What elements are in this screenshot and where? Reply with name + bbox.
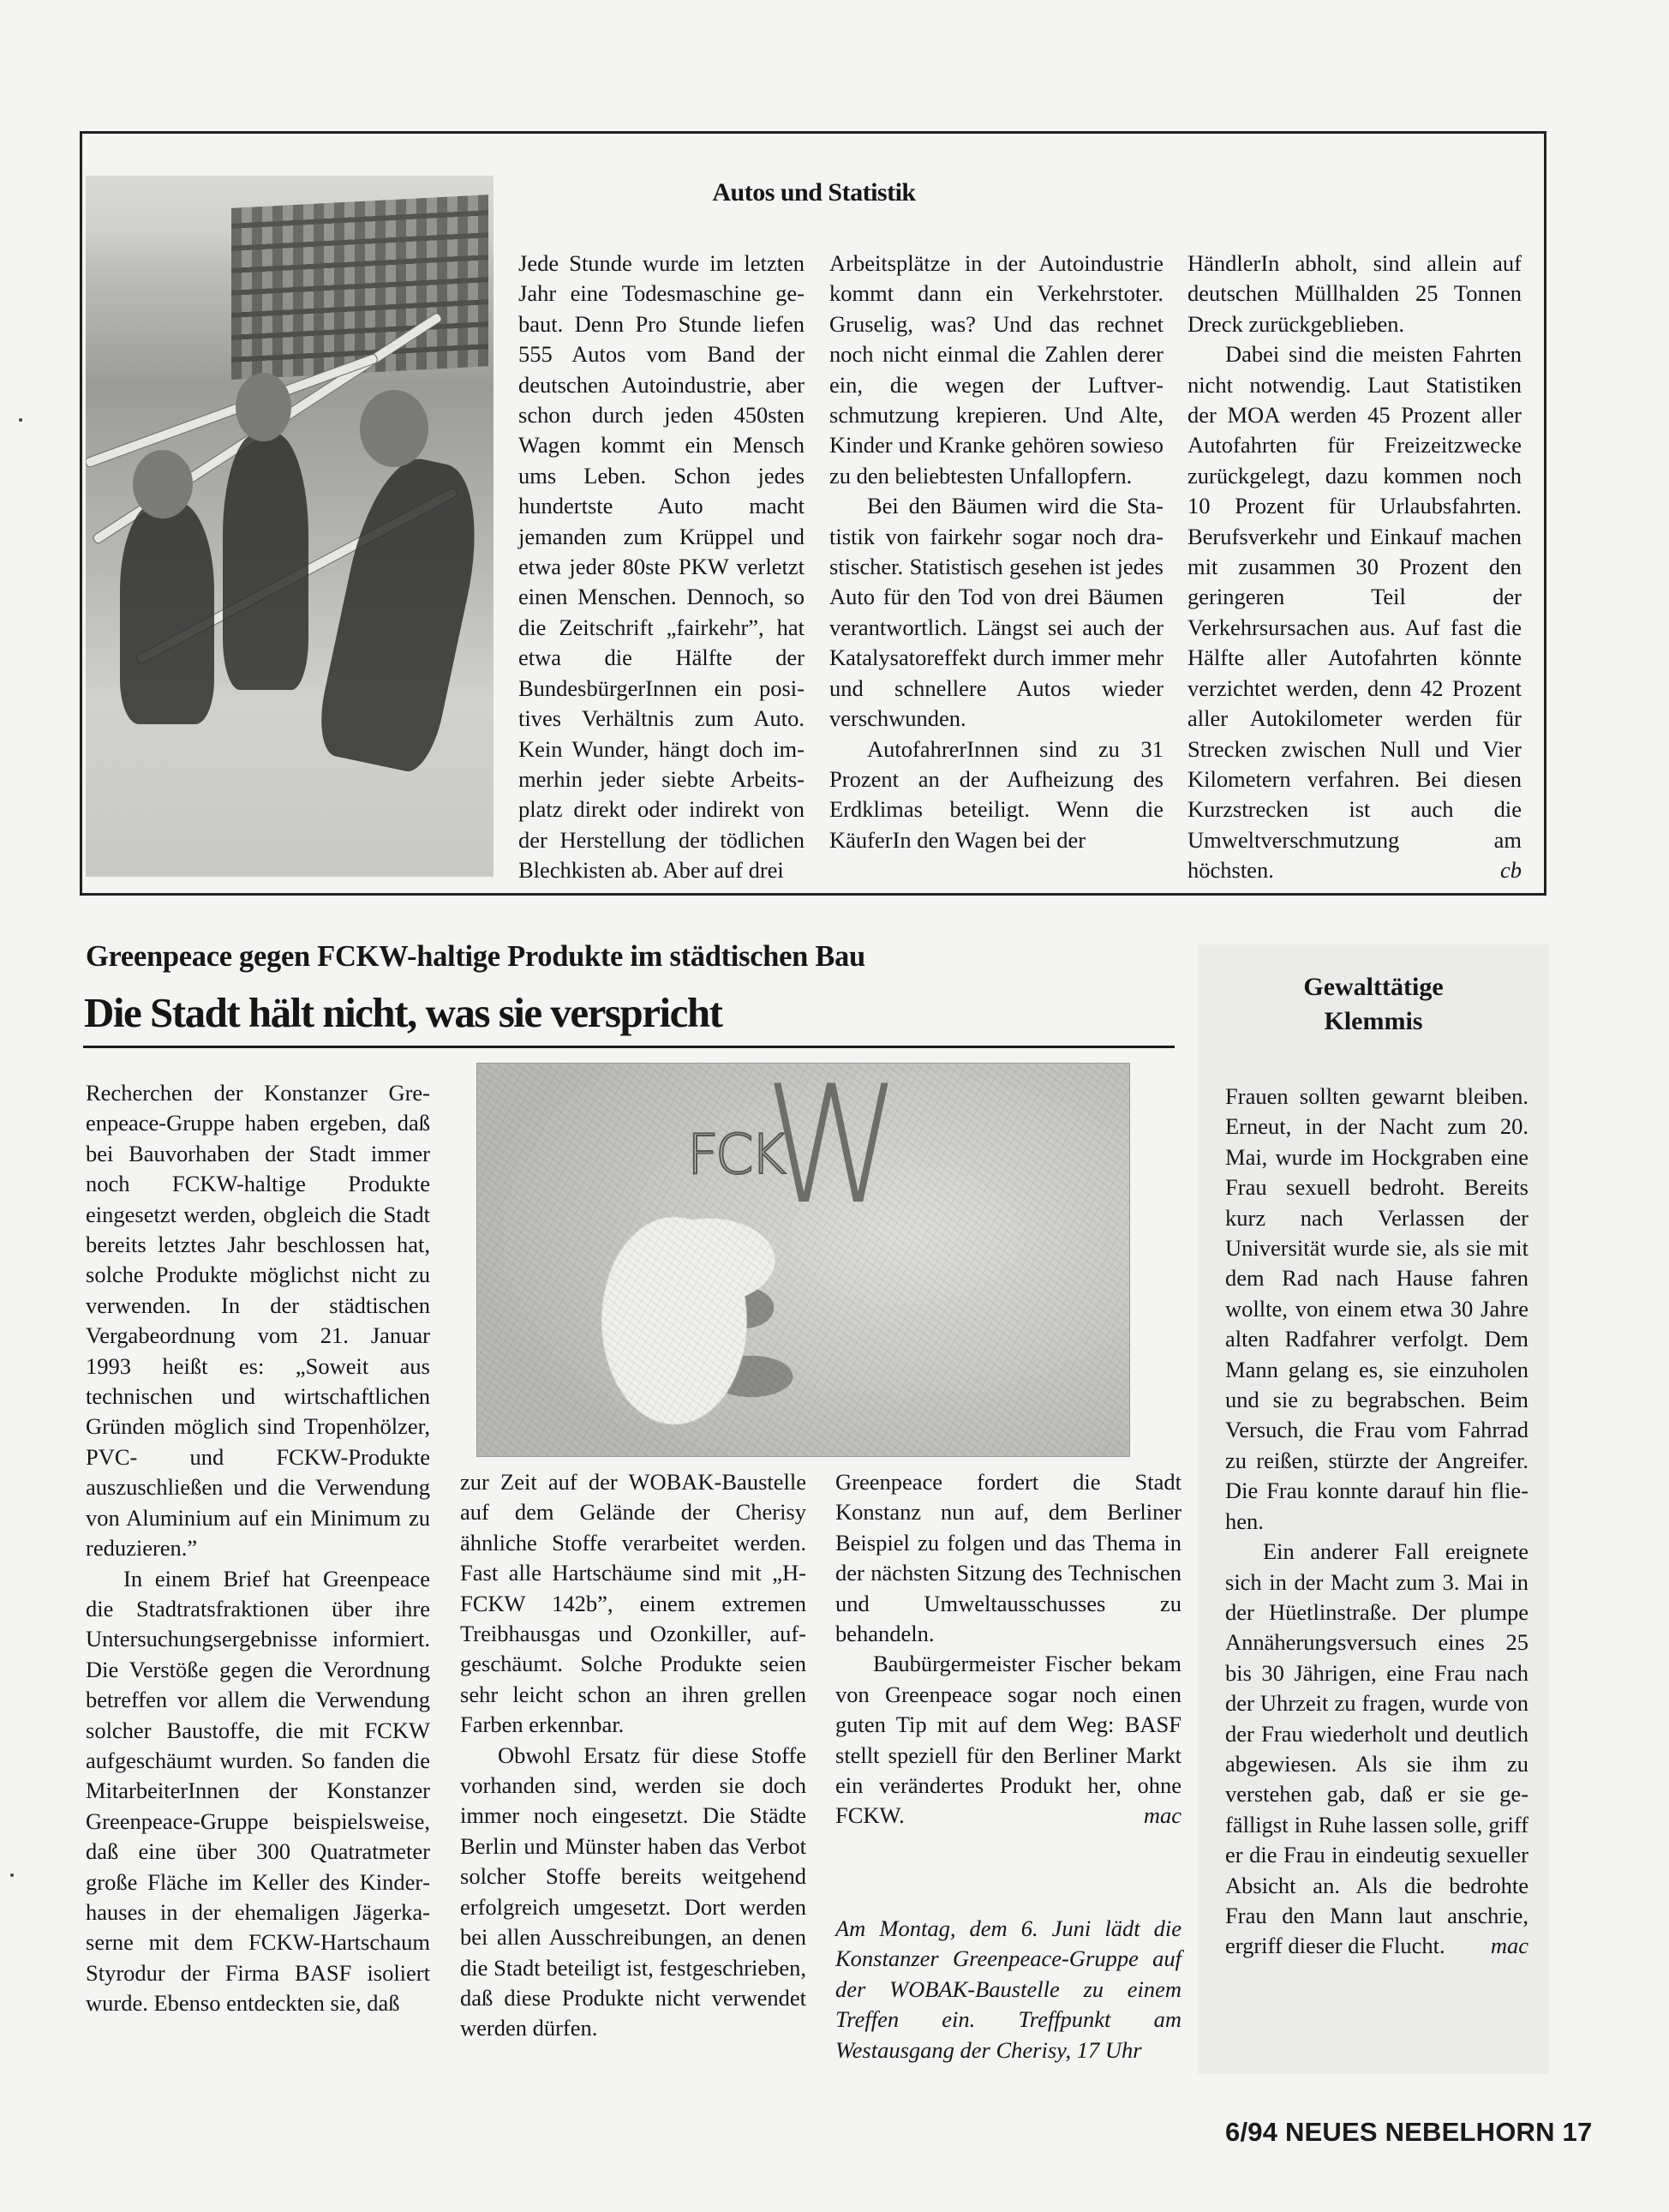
article-column-1: Recherchen der Konstanzer Gre­enpeace-Gr… (86, 1078, 430, 2019)
paragraph: Frauen sollten gewarnt blei­ben. Erneut,… (1225, 1082, 1528, 1537)
article-column-2: Arbeitsplätze in der Autoindu­strie komm… (829, 249, 1164, 855)
paragraph: Dabei sind die meisten Fahr­ten nicht no… (1187, 339, 1522, 885)
headline-rule (83, 1046, 1175, 1048)
paragraph: Greenpeace fordert die Stadt Konstanz nu… (835, 1467, 1181, 1649)
person-head (133, 450, 193, 519)
scan-speck (10, 1873, 14, 1877)
paragraph: Jede Stunde wurde im letzten Jahr eine T… (518, 249, 805, 886)
author-signature: mac (1453, 1931, 1528, 1961)
paragraph: Obwohl Ersatz für diese Stoffe vorhanden… (460, 1741, 806, 2044)
person-in-photo (120, 501, 214, 724)
person-in-photo (312, 449, 494, 776)
article-column-2: zur Zeit auf der WOBAK-Baustel­le auf de… (460, 1467, 806, 2044)
sidebar-title: Gewalttätige Klemmis (1198, 970, 1549, 1039)
paragraph: AutofahrerInnen sind zu 31 Prozent an de… (829, 734, 1164, 856)
paragraph-text: Dabei sind die meisten Fahr­ten nicht no… (1187, 341, 1522, 883)
person-head (236, 373, 291, 441)
paragraph: Baubürgermeister Fischer be­kam von Gree… (835, 1649, 1181, 1831)
fckw-lettering-big: W (764, 1063, 887, 1240)
scan-speck (19, 418, 22, 422)
paragraph-text: Ein anderer Fall ereignete sich in der M… (1225, 1538, 1528, 1958)
photo-hand-on-fckw-foam: FCK W (476, 1063, 1130, 1457)
person-head (360, 390, 428, 467)
sidebar-title-line2: Klemmis (1198, 1004, 1549, 1039)
article-title: Autos und Statistik (497, 178, 1131, 207)
paragraph: Ein anderer Fall ereignete sich in der M… (1225, 1537, 1528, 1962)
article-column-3: HändlerIn abholt, sind allein auf deutsc… (1187, 249, 1522, 886)
sidebar-column: Frauen sollten gewarnt blei­ben. Erneut,… (1225, 1082, 1528, 1962)
event-note: Am Montag, dem 6. Juni lädt die Konstanz… (835, 1914, 1181, 2065)
paragraph: In einem Brief hat Greenpeace die Stadtr… (86, 1564, 430, 2019)
paragraph: Arbeitsplätze in der Autoindu­strie komm… (829, 249, 1164, 491)
photo-young-people-carrying-poles (86, 176, 494, 877)
paragraph: zur Zeit auf der WOBAK-Baustel­le auf de… (460, 1467, 806, 1741)
article-column-1: Jede Stunde wurde im letzten Jahr eine T… (518, 249, 805, 886)
paragraph: Bei den Bäumen wird die Sta­tistik von f… (829, 491, 1164, 734)
building-in-photo (231, 195, 488, 380)
paragraph: Recherchen der Konstanzer Gre­enpeace-Gr… (86, 1078, 430, 1564)
article-kicker: Greenpeace gegen FCKW-haltige Produkte i… (86, 940, 865, 974)
event-note-text: Am Montag, dem 6. Juni lädt die Konstanz… (835, 1914, 1181, 2065)
page-footer: 6/94 NEUES NEBELHORN 17 (1225, 2117, 1592, 2148)
article-column-3: Greenpeace fordert die Stadt Konstanz nu… (835, 1467, 1181, 1831)
sidebar-title-line1: Gewalttätige (1198, 970, 1549, 1004)
author-signature: cb (1463, 855, 1522, 885)
paragraph: HändlerIn abholt, sind allein auf deutsc… (1187, 249, 1522, 339)
person-in-photo (223, 433, 308, 690)
author-signature: mac (1106, 1801, 1181, 1831)
article-headline: Die Stadt hält nicht, was sie verspricht (84, 988, 721, 1037)
